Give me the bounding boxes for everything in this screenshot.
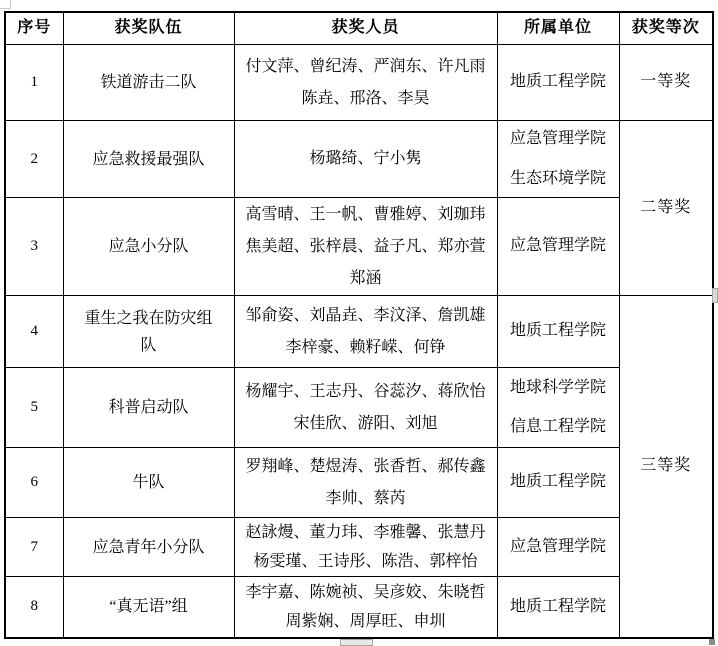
cell-team: “真无语”组 — [63, 577, 234, 638]
table-row: 5 科普启动队 杨耀宇、王志丹、谷蕊汐、蒋欣怡 宋佳欣、游阳、刘旭 地球科学学院… — [5, 368, 713, 448]
member-line: 高雪晴、王一帆、曹雅婷、刘珈玮 — [235, 199, 497, 231]
header-award: 获奖等次 — [619, 12, 713, 45]
header-row: 序号 获奖队伍 获奖人员 所属单位 获奖等次 — [5, 12, 713, 45]
member-line: 李宇嘉、陈婉祯、吴彦姣、朱晓哲 — [235, 578, 497, 607]
cell-serial: 2 — [5, 121, 63, 198]
cell-serial: 7 — [5, 518, 63, 577]
unit-line: 地质工程学院 — [498, 71, 619, 93]
member-line: 邹俞姿、刘晶垚、李汶泽、詹凯雄 — [235, 300, 497, 332]
table-row: 7 应急青年小分队 赵詠熳、董力玮、李雅馨、张慧丹 杨雯瑾、王诗彤、陈浩、郭梓怡… — [5, 518, 713, 577]
cell-members: 邹俞姿、刘晶垚、李汶泽、詹凯雄 李梓豪、赖籽嵘、何铮 — [234, 296, 497, 368]
member-line: 杨璐绮、宁小隽 — [235, 143, 497, 175]
cell-team: 科普启动队 — [63, 368, 234, 448]
document-page: 序号 获奖队伍 获奖人员 所属单位 获奖等次 1 铁道游击二队 付文萍、曾纪涛、… — [0, 0, 718, 646]
unit-stack: 应急管理学院 生态环境学院 — [498, 128, 619, 190]
cell-unit: 地质工程学院 — [497, 45, 619, 121]
member-line: 罗翔峰、楚煜涛、张香哲、郝传鑫 — [235, 451, 497, 483]
cell-serial: 3 — [5, 198, 63, 296]
header-serial: 序号 — [5, 12, 63, 45]
cell-members: 罗翔峰、楚煜涛、张香哲、郝传鑫 李帅、蔡芮 — [234, 448, 497, 518]
cell-unit: 应急管理学院 — [497, 198, 619, 296]
unit-line: 信息工程学院 — [510, 416, 606, 438]
cell-unit: 应急管理学院 — [497, 518, 619, 577]
table-row: 4 重生之我在防灾组队 邹俞姿、刘晶垚、李汶泽、詹凯雄 李梓豪、赖籽嵘、何铮 地… — [5, 296, 713, 368]
table-row: 1 铁道游击二队 付文萍、曾纪涛、严润东、许凡雨 陈垚、邢洛、李昊 地质工程学院… — [5, 45, 713, 121]
member-line: 李梓豪、赖籽嵘、何铮 — [235, 332, 497, 364]
cell-award-first: 一等奖 — [619, 45, 713, 121]
cell-members: 高雪晴、王一帆、曹雅婷、刘珈玮 焦美超、张梓晨、益子凡、郑亦萱 郑涵 — [234, 198, 497, 296]
cell-award-third: 三等奖 — [619, 296, 713, 638]
table-row: 6 牛队 罗翔峰、楚煜涛、张香哲、郝传鑫 李帅、蔡芮 地质工程学院 — [5, 448, 713, 518]
table-row: 3 应急小分队 高雪晴、王一帆、曹雅婷、刘珈玮 焦美超、张梓晨、益子凡、郑亦萱 … — [5, 198, 713, 296]
cell-serial: 6 — [5, 448, 63, 518]
member-line: 付文萍、曾纪涛、严润东、许凡雨 — [235, 51, 497, 83]
cell-members: 付文萍、曾纪涛、严润东、许凡雨 陈垚、邢洛、李昊 — [234, 45, 497, 121]
cell-serial: 5 — [5, 368, 63, 448]
scrollbar-fragment[interactable] — [340, 639, 373, 646]
member-line: 杨雯瑾、王诗彤、陈浩、郭梓怡 — [235, 547, 497, 576]
unit-line: 应急管理学院 — [510, 128, 606, 150]
cell-unit: 地质工程学院 — [497, 448, 619, 518]
unit-line: 地球科学学院 — [510, 377, 606, 399]
cell-members: 杨璐绮、宁小隽 — [234, 121, 497, 198]
unit-stack: 地球科学学院 信息工程学院 — [498, 377, 619, 439]
cell-serial: 8 — [5, 577, 63, 638]
cell-team: 铁道游击二队 — [63, 45, 234, 121]
member-line: 李帅、蔡芮 — [235, 483, 497, 515]
member-line: 杨耀宇、王志丹、谷蕊汐、蒋欣怡 — [235, 376, 497, 408]
unit-line: 地质工程学院 — [498, 320, 619, 342]
member-line: 宋佳欣、游阳、刘旭 — [235, 408, 497, 440]
cell-members: 杨耀宇、王志丹、谷蕊汐、蒋欣怡 宋佳欣、游阳、刘旭 — [234, 368, 497, 448]
cell-team: 应急救援最强队 — [63, 121, 234, 198]
cell-serial: 1 — [5, 45, 63, 121]
cell-unit: 应急管理学院 生态环境学院 — [497, 121, 619, 198]
member-line: 焦美超、张梓晨、益子凡、郑亦萱 — [235, 231, 497, 263]
table-row: 8 “真无语”组 李宇嘉、陈婉祯、吴彦姣、朱晓哲 周紫娴、周厚旺、申圳 地质工程… — [5, 577, 713, 638]
unit-line: 地质工程学院 — [498, 596, 619, 618]
unit-line: 地质工程学院 — [498, 471, 619, 493]
cell-team: 应急小分队 — [63, 198, 234, 296]
unit-line: 应急管理学院 — [498, 536, 619, 558]
unit-line: 应急管理学院 — [498, 235, 619, 257]
cell-team: 重生之我在防灾组队 — [63, 296, 234, 368]
scrollbar-fragment[interactable] — [712, 288, 718, 303]
table-row: 2 应急救援最强队 杨璐绮、宁小隽 应急管理学院 生态环境学院 二等奖 — [5, 121, 713, 198]
cell-team: 应急青年小分队 — [63, 518, 234, 577]
member-line: 周紫娴、周厚旺、申圳 — [235, 607, 497, 636]
header-unit: 所属单位 — [497, 12, 619, 45]
header-team: 获奖队伍 — [63, 12, 234, 45]
cell-unit: 地质工程学院 — [497, 577, 619, 638]
award-results-table: 序号 获奖队伍 获奖人员 所属单位 获奖等次 1 铁道游击二队 付文萍、曾纪涛、… — [4, 11, 714, 639]
cell-team: 牛队 — [63, 448, 234, 518]
cell-serial: 4 — [5, 296, 63, 368]
cell-unit: 地质工程学院 — [497, 296, 619, 368]
member-line: 赵詠熳、董力玮、李雅馨、张慧丹 — [235, 518, 497, 547]
scrollbar-corner-fragment — [709, 639, 715, 645]
member-line: 郑涵 — [235, 263, 497, 295]
cell-border-fragment — [0, 0, 11, 9]
header-members: 获奖人员 — [234, 12, 497, 45]
cell-award-second: 二等奖 — [619, 121, 713, 296]
cell-unit: 地球科学学院 信息工程学院 — [497, 368, 619, 448]
cell-members: 李宇嘉、陈婉祯、吴彦姣、朱晓哲 周紫娴、周厚旺、申圳 — [234, 577, 497, 638]
member-line: 陈垚、邢洛、李昊 — [235, 83, 497, 115]
cell-members: 赵詠熳、董力玮、李雅馨、张慧丹 杨雯瑾、王诗彤、陈浩、郭梓怡 — [234, 518, 497, 577]
unit-line: 生态环境学院 — [510, 168, 606, 190]
